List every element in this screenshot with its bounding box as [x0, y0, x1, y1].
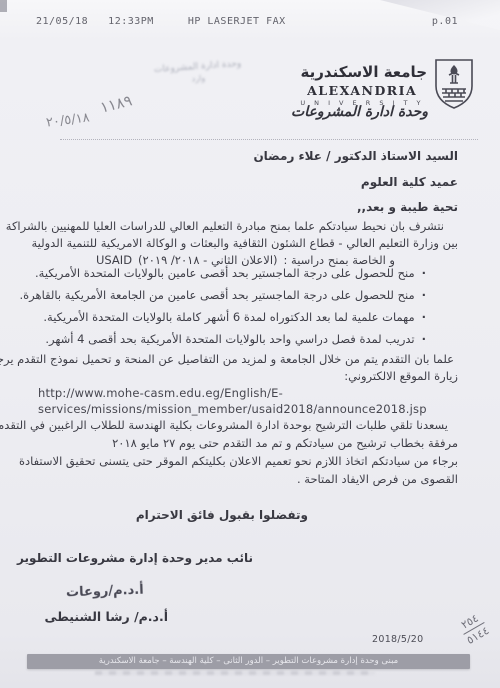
bullet-dot-icon: · [422, 288, 426, 302]
usaid-label: USAID [96, 253, 132, 267]
bullet-text-training: تدريب لمدة فصل دراسي واحد بالولايات المت… [45, 332, 414, 346]
projects-unit-name-arabic: وحدة ادارة المشروعات [291, 104, 428, 120]
closing-phrase: وتفضلوا بقبول فائق الاحترام [136, 508, 308, 522]
announcement-url-line1: http://www.mohe-casm.edu.eg/English/E- [38, 386, 283, 400]
grant-bullet-item: ·مهمات علمية لما بعد الدكتوراه لمدة 6 أش… [38, 310, 458, 324]
application-info-line2: زيارة الموقع الالكتروني: [38, 369, 458, 383]
fax-time: 12:33PM [108, 16, 154, 27]
bullet-text-masters-auc: منح للحصول على درجة الماجستير بحد أقصى ع… [20, 288, 415, 302]
university-name-arabic: جامعة الاسكندرية [301, 63, 427, 81]
university-shield-emblem-icon [433, 57, 475, 115]
recipient-title: عميد كلية العلوم [38, 175, 458, 189]
handwritten-register-number: ١١٨٩ [98, 91, 134, 116]
bullet-text-masters-usa: منح للحصول على درجة الماجستير بحد أقصى ع… [35, 266, 415, 280]
bullet-text-postdoc: مهمات علمية لما بعد الدكتوراه لمدة 6 أشه… [43, 310, 414, 324]
fax-page-number: p.01 [432, 16, 458, 27]
fax-date: 21/05/18 [36, 16, 88, 27]
announcement-round-text: (الاعلان الثاني - ٢٠١٨/ ٢٠١٩) [138, 253, 277, 267]
sender-title: نائب مدير وحدة إدارة مشروعات التطوير [17, 551, 253, 565]
recipient-name: السيد الاستاذ الدكتور / علاء رمضان [38, 149, 458, 163]
handwritten-reference-number: ٢٥٤ ٥١٤٤ [457, 610, 492, 647]
salutation: تحية طيبة و بعد,, [38, 200, 458, 214]
announcement-url-line2: services/missions/mission_member/usaid20… [38, 402, 427, 416]
university-name-en-line1: ALEXANDRIA [300, 83, 424, 98]
intro-paragraph-line1: نتشرف بان نحيط سيادتكم علما بمنح مبادرة … [38, 219, 458, 233]
application-info-line1: علما بان التقدم يتم من خلال الجامعة و لم… [38, 352, 458, 366]
grant-bullet-item: ·منح للحصول على درجة الماجستير بحد أقصى … [38, 266, 458, 280]
letterhead-divider [60, 139, 478, 140]
request-paragraph-line2: القصوى من فرص الايفاد المتاحة . [38, 472, 458, 486]
request-paragraph-line1: برجاء من سيادتكم اتخاذ اللازم نحو تعميم … [38, 454, 458, 468]
sender-name: أ.د.م/ رشا الشنيطى [44, 609, 168, 624]
bullet-dot-icon: · [422, 266, 426, 280]
footer-address-bar: مبنى وحدة إدارة مشروعات التطوير – الدور … [27, 654, 470, 669]
scholarship-clause-text: و الخاصة بمنح دراسية : [284, 253, 396, 267]
footer-contact-smudge [95, 671, 375, 675]
bullet-dot-icon: · [422, 332, 426, 346]
fax-transmission-header: 21/05/18 12:33PM HP LASERJET FAX p.01 [36, 16, 458, 27]
intro-paragraph-line3: USAID (الاعلان الثاني - ٢٠١٨/ ٢٠١٩) و ال… [38, 253, 458, 267]
nomination-paragraph-line1: يسعدنا تلقي طلبات الترشيح بوحدة ادارة ال… [38, 418, 458, 432]
grant-bullet-item: ·تدريب لمدة فصل دراسي واحد بالولايات الم… [38, 332, 458, 346]
scanned-fax-page: 21/05/18 12:33PM HP LASERJET FAX p.01 جا… [0, 0, 500, 688]
handwritten-receive-date: ٢٠/٥/١٨ [45, 110, 90, 130]
grant-bullet-item: ·منح للحصول على درجة الماجستير بحد أقصى … [38, 288, 458, 302]
fax-device-name: HP LASERJET FAX [188, 16, 286, 27]
letter-date: 2018/5/20 [372, 634, 423, 645]
scan-edge-artifact [0, 0, 7, 12]
handwritten-signature: أ.د.م/روعات [66, 583, 144, 601]
intro-paragraph-line2: بين وزارة التعليم العالي - قطاع الشئون ا… [38, 236, 458, 250]
bullet-dot-icon: · [422, 310, 426, 324]
nomination-paragraph-line2: مرفقة بخطاب ترشيح من سيادتكم و تم مد الت… [38, 436, 458, 450]
incoming-stamp: وحدة ادارة المشروعات وارد [117, 56, 278, 88]
